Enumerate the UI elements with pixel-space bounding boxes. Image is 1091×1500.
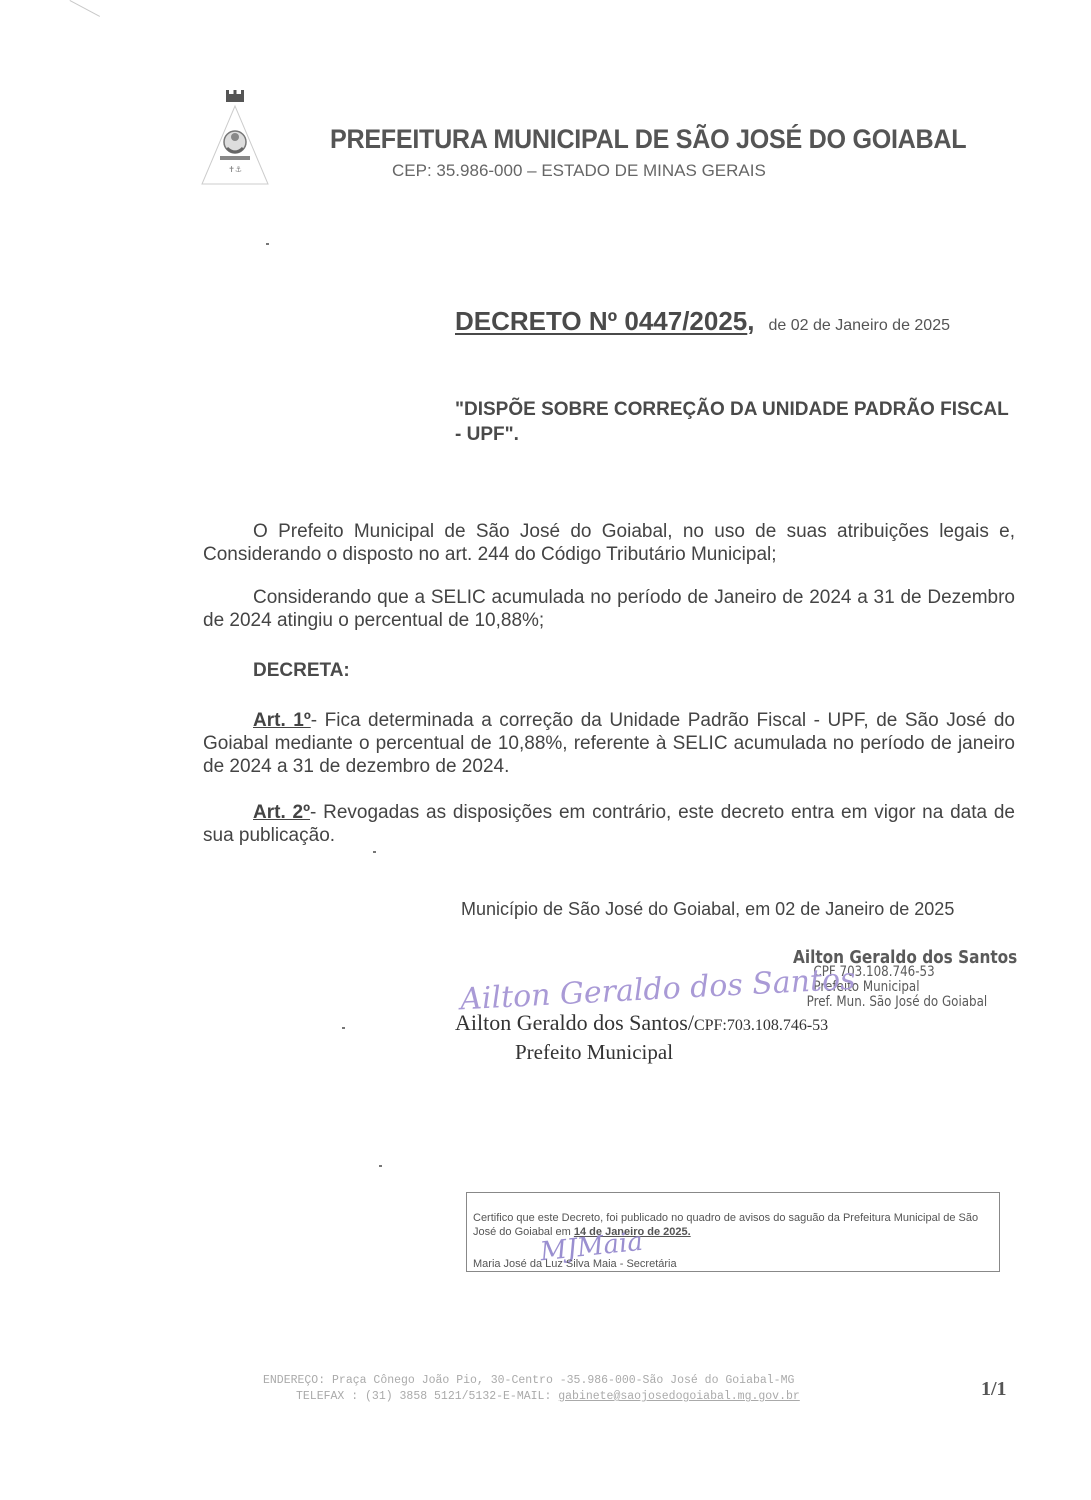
preamble-paragraph: O Prefeito Municipal de São José do Goia… [203,520,1015,566]
considerando-paragraph: Considerando que a SELIC acumulada no pe… [203,586,1015,632]
footer-phone: TELEFAX : (31) 3858 5121/5132-E-MAIL: [296,1390,558,1403]
decree-comma: , [747,306,754,336]
scan-speck [373,851,376,853]
article-1: Art. 1º- Fica determinada a correção da … [203,709,1015,778]
article-1-text: - Fica determinada a correção da Unidade… [203,710,1015,777]
article-2-label: Art. 2º [253,802,310,823]
footer-contact: TELEFAX : (31) 3858 5121/5132-E-MAIL: ga… [263,1389,800,1405]
signer-name: Ailton Geraldo dos Santos/ [455,1010,694,1035]
decreta-heading: DECRETA: [253,660,350,682]
certificate-text: Certifico que este Decreto, foi publicad… [473,1211,998,1239]
municipal-coat-of-arms-icon: ✝⚓ [198,90,270,190]
footer-address-block: ENDEREÇO: Praça Cônego João Pio, 30-Cent… [263,1373,800,1405]
scan-artifact-line [70,0,100,17]
article-1-label: Art. 1º [253,710,311,731]
page-number: 1/1 [981,1378,1007,1401]
signer-role: Prefeito Municipal [515,1040,673,1065]
footer-email-link[interactable]: gabinete@saojosedogoiabal.mg.gov.br [558,1390,800,1403]
decree-date: de 02 de Janeiro de 2025 [769,317,950,334]
scan-speck [342,1027,345,1029]
header-subtitle: CEP: 35.986-000 – ESTADO DE MINAS GERAIS [392,161,766,181]
place-and-date: Município de São José do Goiabal, em 02 … [461,899,954,920]
svg-text:✝⚓: ✝⚓ [228,165,242,174]
article-2-text: - Revogadas as disposições em contrário,… [203,802,1015,846]
scan-speck [379,1165,382,1167]
certificate-statement: Certifico que este Decreto, foi publicad… [473,1212,978,1238]
article-2: Art. 2º- Revogadas as disposições em con… [203,801,1015,847]
footer-address: ENDEREÇO: Praça Cônego João Pio, 30-Cent… [263,1373,800,1389]
signer-cpf: CPF:703.108.746-53 [694,1017,828,1034]
signer-name-line: Ailton Geraldo dos Santos/CPF:703.108.74… [455,1010,828,1036]
scan-speck [266,243,269,245]
decree-heading: DECRETO Nº 0447/2025,de 02 de Janeiro de… [455,306,950,337]
decree-ementa: "DISPÕE SOBRE CORREÇÃO DA UNIDADE PADRÃO… [455,397,1015,447]
decree-number: DECRETO Nº 0447/2025 [455,306,747,336]
certificate-signer: Maria José da Luz Silva Maia - Secretári… [473,1258,677,1270]
header-title: PREFEITURA MUNICIPAL DE SÃO JOSÉ DO GOIA… [330,124,966,155]
